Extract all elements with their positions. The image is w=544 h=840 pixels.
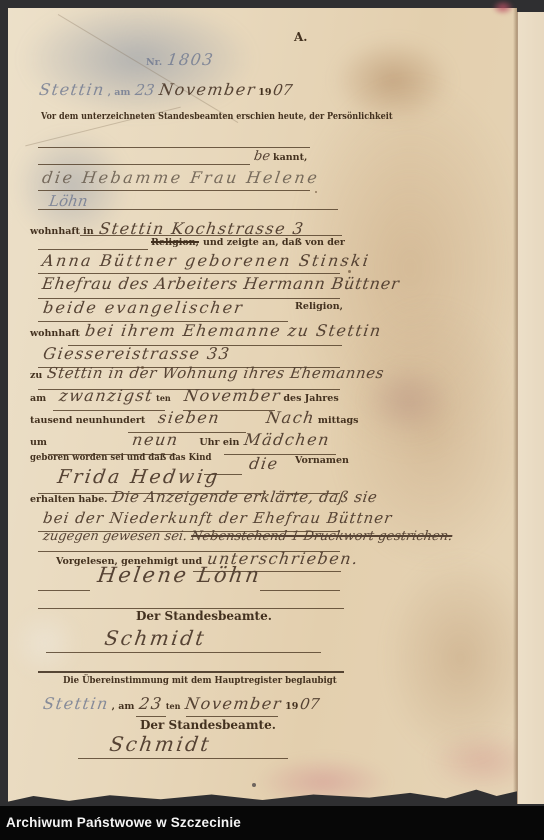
declaration-2: bei der Niederkunft der Ehefrau Büttner [42, 509, 394, 527]
residence2-value: bei ihrem Ehemanne zu Stettin [84, 321, 383, 340]
ruled-line [38, 147, 310, 148]
time-line: um neun Uhr ein Mädchen [30, 430, 329, 449]
street-value: Giessereistrasse 33 [42, 344, 232, 363]
child-line: geboren worden sei und daß das Kind [30, 452, 232, 463]
declarant-surname: Löhn [48, 192, 89, 210]
birth-day: zwanzigst [58, 386, 155, 405]
archive-caption-bar: Archiwum Państwowe w Szczecinie [0, 806, 544, 840]
registrar-heading-1: Der Standesbeamte. [136, 609, 272, 623]
date-year-printed: 19 [258, 87, 271, 98]
intro-line: Vor dem unterzeichneten Standesbeamten e… [41, 111, 455, 122]
sex-value: Mädchen [243, 430, 331, 449]
certification-text: Die Übereinstimmung mit dem Hauptregiste… [63, 675, 337, 686]
ruled-line [260, 590, 340, 591]
nr-label: Nr. [146, 57, 162, 68]
declarant-line: die Hebamme Frau Helene [41, 168, 318, 187]
nr-value: 1803 [166, 50, 215, 69]
wohnhaft2-label: wohnhaft [30, 328, 80, 339]
cert-month: November [184, 694, 283, 713]
corner-letter-text: A. [294, 30, 308, 44]
erhalten-line: erhalten habe. Die Anzeigende erklärte, … [30, 488, 377, 506]
registrar-signature-2-text: Schmidt [108, 732, 213, 756]
tausend-label: tausend neunhundert [30, 415, 145, 426]
registrar-heading-1-text: Der Standesbeamte. [136, 609, 272, 623]
cert-day: 23 [138, 694, 164, 713]
corner-letter: A. [294, 30, 308, 44]
residence-line-2: wohnhaft bei ihrem Ehemanne zu Stettin [30, 321, 380, 340]
bekannt-printed: kannt, [273, 152, 307, 163]
declaration-1: Die Anzeigende erklärte, daß sie [111, 488, 379, 506]
cert-ten: ten [166, 701, 181, 711]
cert-year-printed: 19 [285, 701, 298, 712]
date-line: Stettin , am 23 November 19 07 [38, 80, 292, 99]
mother-line-1: Anna Büttner geborenen Stinski [41, 251, 369, 270]
bekannt-line: be kannt, [253, 149, 307, 164]
ruled-line [38, 249, 148, 250]
year-line: tausend neunhundert sieben Nach mittags [30, 408, 359, 427]
struck-note: Nebenstehend 1 Druckwort gestrichen. [190, 529, 453, 544]
am-label: am [30, 393, 46, 404]
ten-label: ten [156, 393, 171, 403]
adjacent-page-edge [517, 12, 544, 804]
date-year-written: 07 [272, 81, 294, 99]
religion-written: beide evangelischer [42, 298, 245, 317]
declarant-line-2: Löhn [48, 192, 86, 210]
declaration-line-3: zugegen gewesen sei. Nebenstehend 1 Druc… [42, 529, 451, 544]
registrar-heading-2-text: Der Standesbeamte. [140, 718, 276, 732]
ruled-line [136, 716, 166, 717]
document-page: A. Nr. 1803 Stettin , am 23 November 19 … [8, 8, 517, 804]
ruled-line [186, 716, 278, 717]
form-content: A. Nr. 1803 Stettin , am 23 November 19 … [8, 8, 517, 804]
child-names: Frida Hedwig [56, 466, 221, 488]
ruled-line [38, 190, 310, 191]
intro-text: Vor dem unterzeichneten Standesbeamten e… [41, 111, 393, 122]
birth-month: November [183, 386, 282, 405]
erhalten-label: erhalten habe. [30, 494, 107, 505]
child-names-line: Frida Hedwig [56, 466, 218, 488]
article-value: die [248, 454, 280, 473]
birthplace-value: Stettin in der Wohnung ihres Ehemannes [46, 364, 385, 382]
zu-label: zu [30, 370, 42, 381]
registrar-signature-1: Schmidt [103, 626, 204, 650]
ruled-line [78, 758, 288, 759]
date-day: 23 [134, 81, 156, 99]
religion-struck: Religion, [151, 237, 199, 248]
registrar-signature-2: Schmidt [108, 732, 209, 756]
date-city: Stettin [38, 80, 106, 99]
scan-viewport: A. Nr. 1803 Stettin , am 23 November 19 … [0, 0, 544, 840]
declarant-name: die Hebamme Frau Helene [41, 168, 321, 187]
certification-line: Die Übereinstimmung mit dem Hauptregiste… [63, 675, 367, 686]
religion-printed-label: Religion, [295, 301, 343, 312]
ruled-line [80, 235, 342, 236]
uhr-ein-label: Uhr ein [199, 437, 239, 448]
cert-am: , am [112, 701, 135, 712]
ruled-line [38, 671, 344, 673]
mother-husband: Ehefrau des Arbeiters Hermann Büttner [41, 274, 401, 293]
religion-struck-line: Religion, und zeigte an, daß von der [151, 237, 345, 248]
ruled-line [38, 590, 90, 591]
vornamen-label-wrap: Vornamen [295, 455, 349, 466]
cert-city: Stettin [42, 694, 110, 713]
declaration-line-2: bei der Niederkunft der Ehefrau Büttner [42, 509, 391, 527]
date-am: , am [108, 87, 131, 98]
ruled-line [46, 652, 321, 653]
vornamen-label: Vornamen [295, 455, 349, 466]
registry-number: Nr. 1803 [146, 50, 213, 69]
zeigte-an-text: und zeigte an, daß von der [203, 237, 345, 248]
date-month: November [158, 80, 257, 99]
declaration-3: zugegen gewesen sei. [42, 529, 188, 544]
mother-name: Anna Büttner geborenen Stinski [41, 251, 372, 270]
religion-line: beide evangelischer [42, 298, 243, 317]
year-value: sieben [157, 408, 221, 427]
birthplace-line: zu Stettin in der Wohnung ihres Ehemanne… [30, 364, 383, 382]
bekannt-written: be [253, 149, 271, 164]
signature-declarant: Helene Löhn [96, 563, 260, 587]
signature-declarant-text: Helene Löhn [96, 563, 263, 587]
archive-caption-text: Archiwum Państwowe w Szczecinie [0, 806, 544, 830]
des-jahres-label: des Jahres [283, 393, 338, 404]
religion-label: Religion, [295, 301, 343, 312]
certification-date-line: Stettin , am 23 ten November 19 07 [42, 694, 318, 713]
cert-year-written: 07 [299, 695, 321, 713]
geboren-label: geboren worden sei und daß das Kind [30, 452, 211, 463]
registrar-signature-1-text: Schmidt [103, 626, 208, 650]
article-value-wrap: die [248, 454, 277, 473]
um-label: um [30, 437, 47, 448]
registrar-heading-2: Der Standesbeamte. [140, 718, 276, 732]
hour-value: neun [131, 430, 180, 449]
street-line: Giessereistrasse 33 [42, 344, 229, 363]
ampm-value: Nach [265, 408, 316, 427]
ruled-line [38, 164, 250, 165]
mother-line-2: Ehefrau des Arbeiters Hermann Büttner [41, 274, 398, 293]
birthdate-line: am zwanzigst ten November des Jahres [30, 386, 339, 405]
ruled-line [38, 209, 338, 210]
mittags-label: mittags [318, 415, 359, 426]
